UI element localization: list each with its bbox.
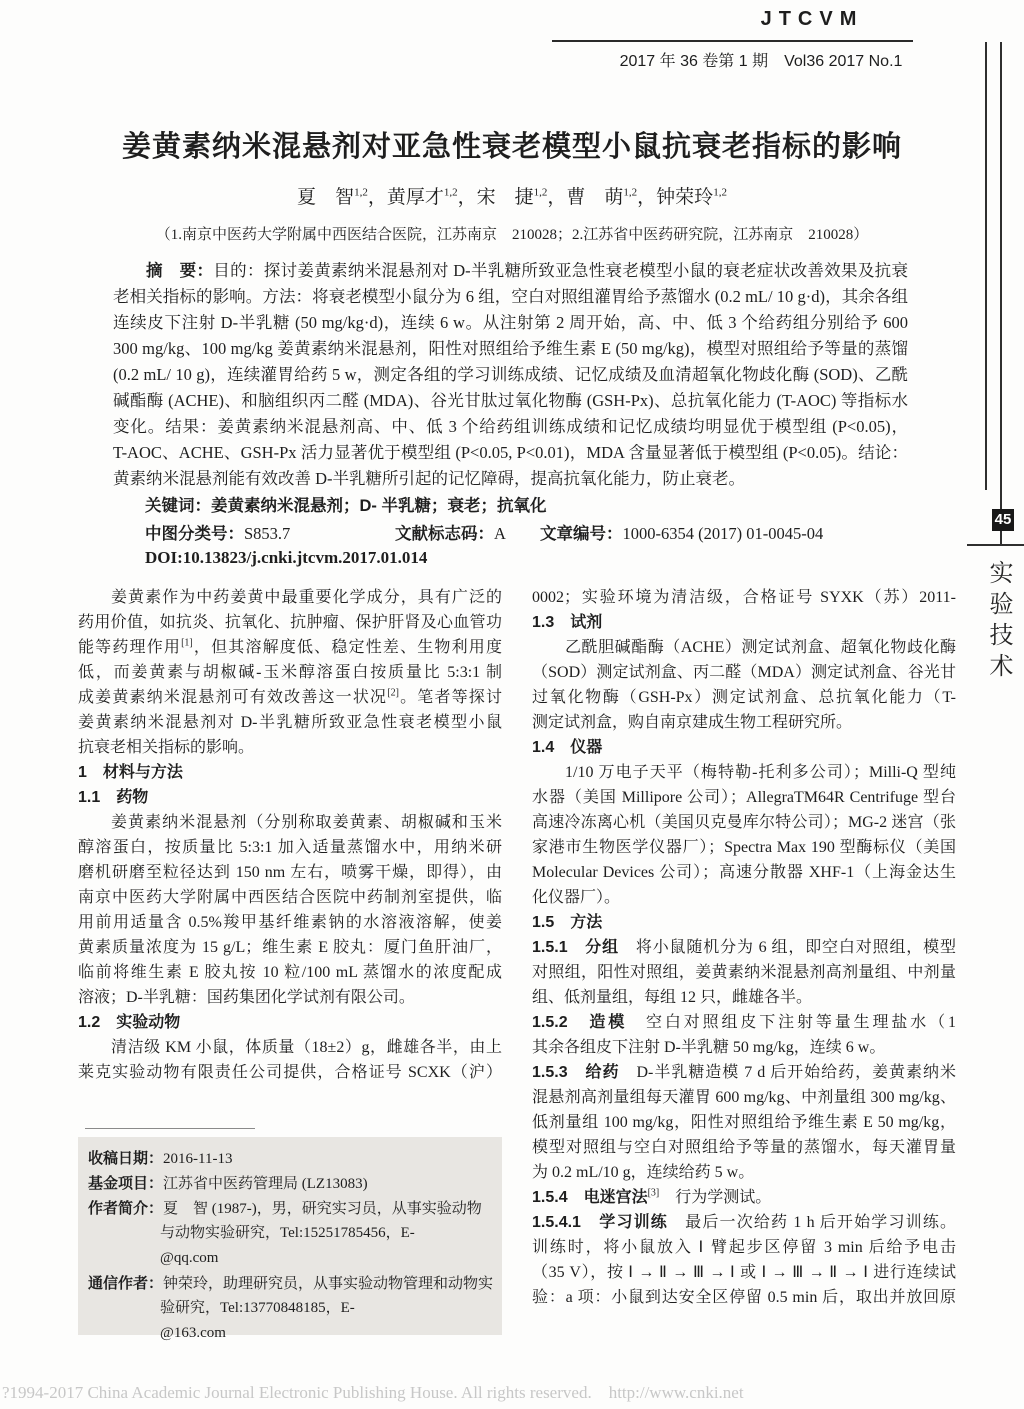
text-line: 1.5.2 造模 空白对照组皮下注射等量生理盐水（1 mL/kg），: [532, 1010, 956, 1035]
author-name: 宋 捷1,2，: [477, 187, 567, 208]
text-line: 测定试剂盒，购自南京建成生物工程研究所。: [532, 710, 956, 735]
section-heading: 1.4 仪器: [532, 735, 956, 760]
doc-code-value: A: [494, 524, 506, 543]
text-line: 姜黄素纳米混悬剂（分别称取姜黄素、胡椒碱和玉米: [78, 810, 502, 835]
text-line: 验：a 项：小鼠到达安全区停留 0.5 min 后，取出并放回原: [532, 1285, 956, 1310]
text-line: 1.5.4 电迷宫法[3] 行为学测试。: [532, 1185, 956, 1210]
doc-code-label: 文献标志码：: [395, 525, 494, 543]
text-line: 1.5.4.1 学习训练 最后一次给药 1 h 后开始学习训练。: [532, 1210, 956, 1235]
text-line: 连续皮下注射 D-半乳糖 (50 mg/kg·d)，连续 6 w。从注射第 2 …: [113, 310, 908, 336]
text-line: 醇溶蛋白，按质量比 5:3:1 加入适量蒸馏水中，用纳米研: [78, 835, 502, 860]
text-line: 0002；实验环境为清洁级，合格证号 SYXK（苏）2011-0016。: [532, 585, 956, 610]
text-line: 莱克实验动物有限责任公司提供，合格证号 SCXK（沪）2012-: [78, 1060, 502, 1085]
text-line: @163.com: [88, 1321, 494, 1346]
text-line: 通信作者：钟荣玲，助理研究员，从事实验动物管理和动物实: [88, 1271, 494, 1296]
right-column: 0002；实验环境为清洁级，合格证号 SYXK（苏）2011-0016。1.3 …: [532, 585, 956, 1310]
text-line: 用前用适量含 0.5%羧甲基纤维素钠的水溶液溶解，使姜: [78, 910, 502, 935]
text-line: 高速冷冻离心机（美国贝克曼库尔特公司）；MG-2 迷宫（张: [532, 810, 956, 835]
text-line: 低，而姜黄素与胡椒碱-玉米醇溶蛋白按质量比 5:3:1 制: [78, 660, 502, 685]
text-line: 混悬剂高剂量组每天灌胃 600 mg/kg、中剂量组 300 mg/kg、: [532, 1085, 956, 1110]
text-line: 与动物实验研究，Tel:15251785456，E-mail:693491790: [88, 1221, 494, 1246]
text-line: 基金项目：江苏省中医药管理局 (LZ13083): [88, 1171, 494, 1196]
text-line: 黄素质量浓度为 15 g/L；维生素 E 胶丸：厦门鱼肝油厂，: [78, 935, 502, 960]
keywords-line: 关键词：姜黄素纳米混悬剂；D- 半乳糖；衰老；抗氧化: [145, 492, 547, 516]
clc-segment: 中图分类号：S853.7: [145, 520, 290, 544]
text-line: 1.5.1 分组 将小鼠随机分为 6 组，即空白对照组，模型: [532, 935, 956, 960]
author-name: 黄厚才1,2，: [387, 187, 477, 208]
section-heading: 1.1 药物: [78, 785, 502, 810]
text-line: 能等药理作用[1]，但其溶解度低、稳定性差、生物利用度: [78, 635, 502, 660]
text-line: 老相关指标的影响。方法：将衰老模型小鼠分为 6 组，空白对照组灌胃给予蒸馏水 (…: [113, 284, 908, 310]
text-line: 验研究，Tel:13770848185，E-mail:zhongrongling…: [88, 1296, 494, 1321]
article-id-label: 文章编号：: [540, 525, 623, 543]
text-line: 1/10 万电子天平（梅特勒-托利多公司）；Milli-Q 型纯: [532, 760, 956, 785]
text-line: 收稿日期：2016-11-13: [88, 1146, 494, 1171]
text-line: 成姜黄素纳米混悬剂可有效改善这一状况[2]。笔者等探讨: [78, 685, 502, 710]
clc-value: S853.7: [244, 524, 290, 543]
text-line: 姜黄素纳米混悬剂对 D-半乳糖所致亚急性衰老模型小鼠: [78, 710, 502, 735]
text-line: 清洁级 KM 小鼠，体质量（18±2）g，雌雄各半，由上海斯: [78, 1035, 502, 1060]
page-number-badge: 45: [992, 509, 1014, 531]
text-line: 磨机研磨至粒径达到 150 nm 左右，喷雾干燥，即得），由: [78, 860, 502, 885]
doc-code-segment: 文献标志码：A: [395, 520, 506, 544]
text-line: 模型对照组与空白对照组给予等量的蒸馏水，每天灌胃量: [532, 1135, 956, 1160]
affiliation: （1.南京中医药大学附属中西医结合医院，江苏南京 210028；2.江苏省中医药…: [0, 223, 1024, 244]
margin-rule-outer: [985, 42, 987, 490]
article-title: 姜黄素纳米混悬剂对亚急性衰老模型小鼠抗衰老指标的影响: [50, 124, 974, 165]
copyright-watermark: ?1994-2017 China Academic Journal Electr…: [2, 1383, 744, 1403]
text-line: 姜黄素作为中药姜黄中最重要化学成分，具有广泛的: [78, 585, 502, 610]
author-name: 钟荣玲1,2: [656, 187, 727, 208]
header-rule: [552, 40, 913, 42]
text-line: 1.5.3 给药 D-半乳糖造模 7 d 后开始给药，姜黄素纳米: [532, 1060, 956, 1085]
journal-abbr: JTCVM: [700, 8, 924, 31]
author-name: 夏 智1,2，: [297, 187, 387, 208]
doi-line: DOI:10.13823/j.cnki.jtcvm.2017.01.014: [145, 548, 427, 568]
text-line: 家港市生物医学仪器厂）；Spectra Max 190 型酶标仪（美国: [532, 835, 956, 860]
meta-line: 中图分类号：S853.7 文献标志码：A 文章编号：1000-6354 (201…: [0, 520, 1024, 542]
journal-issue-line: 2017 年 36 卷第 1 期 Vol36 2017 No.1: [600, 48, 922, 71]
margin-rule-inner: [1000, 42, 1002, 544]
section-heading: 1.5 方法: [532, 910, 956, 935]
text-line: 低剂量组 100 mg/kg，阳性对照组给予维生素 E 50 mg/kg，: [532, 1110, 956, 1135]
section-heading: 1.2 实验动物: [78, 1010, 502, 1035]
keywords-label: 关键词：: [145, 497, 211, 515]
text-line: 临前将维生素 E 胶丸按 10 粒/100 mL 蒸馏水的浓度配成: [78, 960, 502, 985]
section-vertical-label: 实验技术: [981, 560, 1016, 700]
text-line: 溶液；D-半乳糖：国药集团化学试剂有限公司。: [78, 985, 502, 1010]
text-line: 化仪器厂）。: [532, 885, 956, 910]
text-line: （SOD）测定试剂盒、丙二醛（MDA）测定试剂盒、谷光甘肽: [532, 660, 956, 685]
text-line: 为 0.2 mL/10 g，连续给药 5 w。: [532, 1160, 956, 1185]
text-line: Molecular Devices 公司）；高速分散器 XHF-1（上海金达生: [532, 860, 956, 885]
author-name: 曹 萌1,2，: [566, 187, 656, 208]
keywords-value: 姜黄素纳米混悬剂；D- 半乳糖；衰老；抗氧化: [211, 497, 547, 515]
text-line: (0.2 mL/ 10 g)，连续灌胃给药 5 w，测定各组的学习训练成绩、记忆…: [113, 362, 908, 388]
text-line: 对照组，阳性对照组，姜黄素纳米混悬剂高剂量组、中剂量: [532, 960, 956, 985]
clc-label: 中图分类号：: [145, 525, 244, 543]
text-line: 黄素纳米混悬剂能有效改善 D-半乳糖所引起的记忆障碍，提高抗氧化能力，防止衰老。: [113, 466, 908, 492]
text-line: 组、低剂量组，每组 12 只，雌雄各半。: [532, 985, 956, 1010]
text-line: 过氧化物酶（GSH-Px）测定试剂盒、总抗氧化能力（T-AOC）: [532, 685, 956, 710]
text-line: 作者简介：夏 智 (1987-)，男，研究实习员，从事实验动物管理: [88, 1196, 494, 1221]
text-line: 变化。结果：姜黄素纳米混悬剂高、中、低 3 个给药组训练成绩和记忆成绩均明显优于…: [113, 414, 908, 440]
text-line: 其余各组皮下注射 D-半乳糖 50 mg/kg，连续 6 w。: [532, 1035, 956, 1060]
section-heading: 1 材料与方法: [78, 760, 502, 785]
sidebar-rule: [967, 544, 1024, 546]
text-line: @qq.com: [88, 1246, 494, 1271]
journal-page: JTCVM 2017 年 36 卷第 1 期 Vol36 2017 No.1 姜…: [0, 0, 1024, 1409]
text-line: 南京中医药大学附属中西医结合医院中药制剂室提供，临: [78, 885, 502, 910]
text-line: 抗衰老相关指标的影响。: [78, 735, 502, 760]
text-line: 乙酰胆碱酯酶（ACHE）测定试剂盒、超氧化物歧化酶: [532, 635, 956, 660]
text-line: 药用价值，如抗炎、抗氧化、抗肿瘤、保护肝肾及心血管功: [78, 610, 502, 635]
text-line: （35 V），按 Ⅰ → Ⅱ → Ⅲ → Ⅰ 或 Ⅰ → Ⅲ → Ⅱ → Ⅰ 进…: [532, 1260, 956, 1285]
abstract-block: 摘 要：目的：探讨姜黄素纳米混悬剂对 D-半乳糖所致亚急性衰老模型小鼠的衰老症状…: [113, 258, 908, 492]
text-line: 300 mg/kg、100 mg/kg 姜黄素纳米混悬剂，阳性对照组给予维生素 …: [113, 336, 908, 362]
footnote-rule: [85, 1128, 255, 1129]
author-list: 夏 智1,2，黄厚才1,2，宋 捷1,2，曹 萌1,2，钟荣玲1,2: [0, 182, 1024, 209]
footnote-box: 收稿日期：2016-11-13基金项目：江苏省中医药管理局 (LZ13083)作…: [78, 1137, 502, 1335]
text-line: 摘 要：目的：探讨姜黄素纳米混悬剂对 D-半乳糖所致亚急性衰老模型小鼠的衰老症状…: [113, 258, 908, 284]
article-id-value: 1000-6354 (2017) 01-0045-04: [623, 524, 824, 543]
section-heading: 1.3 试剂: [532, 610, 956, 635]
text-line: 碱酯酶 (ACHE)、和脑组织丙二醛 (MDA)、谷光甘肽过氧化物酶 (GSH-…: [113, 388, 908, 414]
text-line: 训练时，将小鼠放入 Ⅰ 臂起步区停留 3 min 后给予电击: [532, 1235, 956, 1260]
left-column: 姜黄素作为中药姜黄中最重要化学成分，具有广泛的药用价值，如抗炎、抗氧化、抗肿瘤、…: [78, 585, 502, 1085]
article-id-segment: 文章编号：1000-6354 (2017) 01-0045-04: [540, 520, 823, 544]
text-line: T-AOC、ACHE、GSH-Px 活力显著优于模型组 (P<0.05, P<0…: [113, 440, 908, 466]
text-line: 水器（美国 Millipore 公司）；AllegraTM64R Centrif…: [532, 785, 956, 810]
